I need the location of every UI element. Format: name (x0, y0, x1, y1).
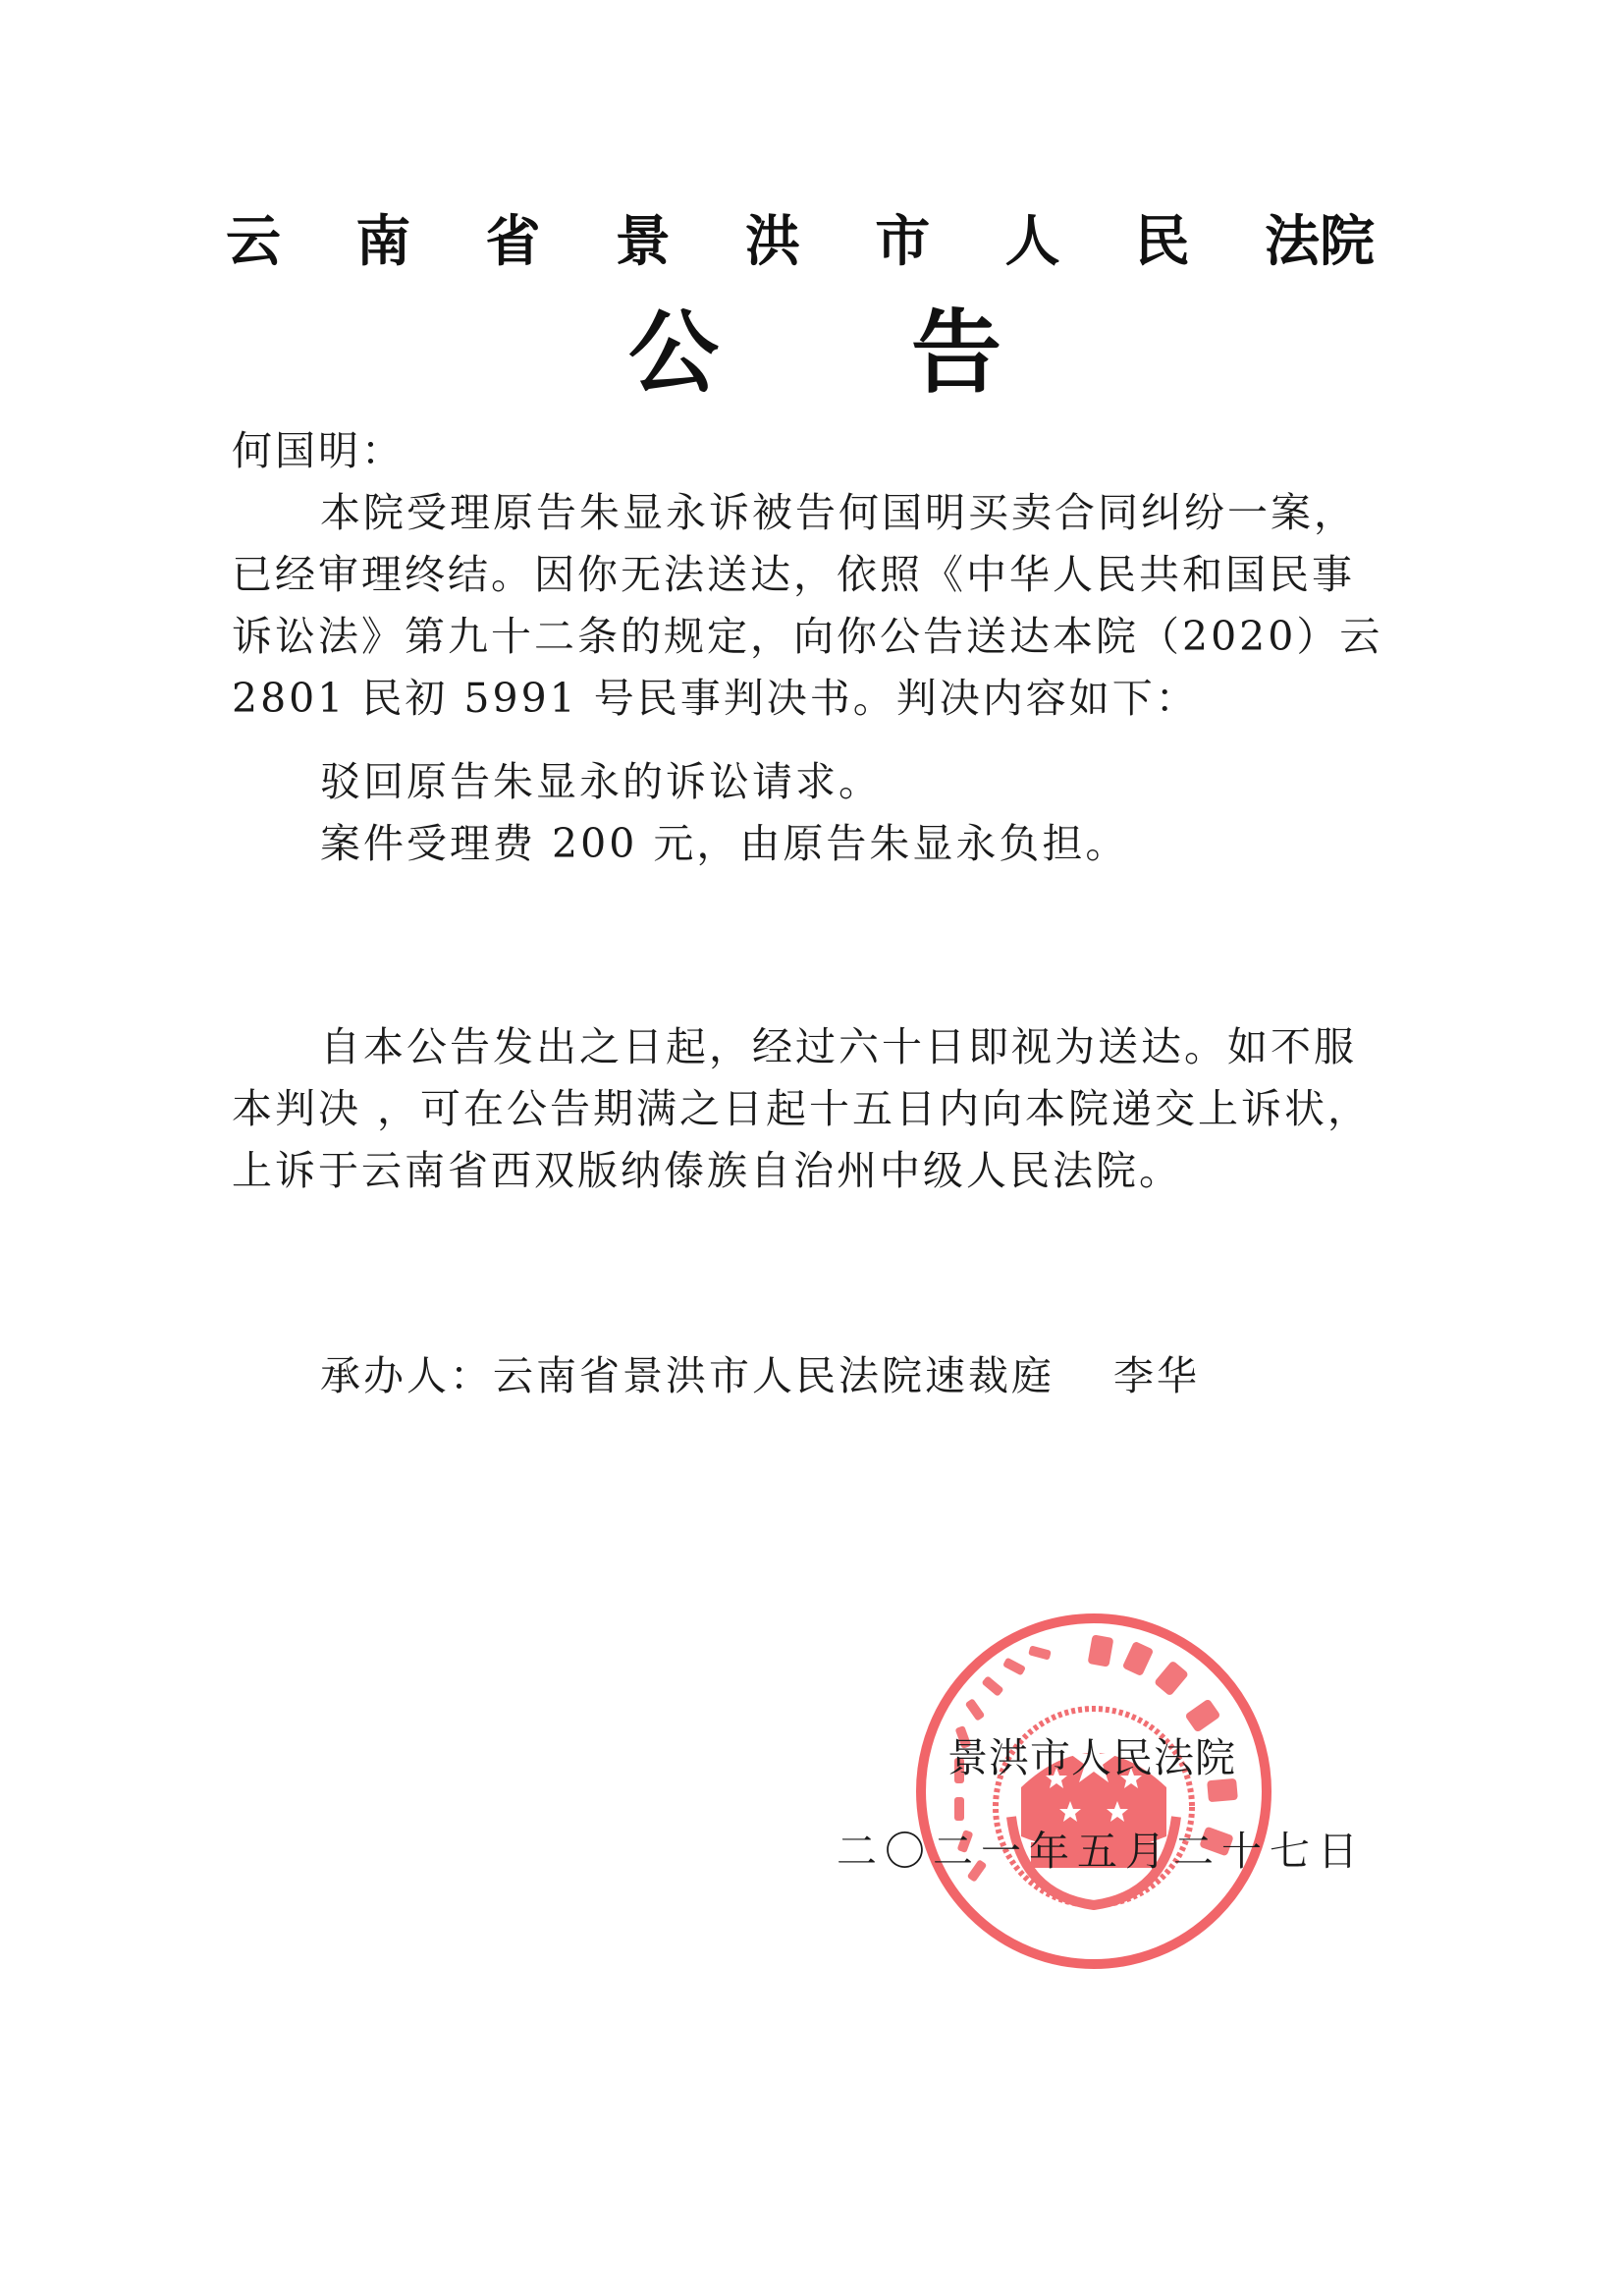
handler-label: 承办人：云南省景洪市人民法院速裁庭 (320, 1352, 1055, 1399)
court-name-char: 洪 (745, 208, 800, 277)
paragraph-line: 本院受理原告朱显永诉被告何国明买卖合同纠纷一案， (232, 482, 1390, 544)
ruling-line: 案件受理费 200 元，由原告朱显永负担。 (232, 813, 1390, 875)
notice-title: 公 告 (628, 304, 1001, 403)
ruling-item-1: 驳回原告朱显永的诉讼请求。 (232, 751, 1390, 813)
court-name-char: 南 (355, 208, 410, 277)
court-name-char: 云 (226, 208, 281, 277)
paragraph-line: 本判决 ，可在公告期满之日起十五日内向本院递交上诉状， (232, 1078, 1390, 1140)
case-handler: 承办人：云南省景洪市人民法院速裁庭李华 (320, 1345, 1479, 1407)
paragraph-line: 上诉于云南省西双版纳傣族自治州中级人民法院。 (232, 1140, 1390, 1202)
court-name-char: 人 (1005, 208, 1060, 277)
court-name-char: 省 (486, 208, 541, 277)
notice-title-char: 告 (911, 304, 1001, 403)
document-page: 云 南 省 景 洪 市 人 民 法院 公 告 何国明： 本院受理原告朱显永诉被告… (0, 0, 1623, 2296)
court-name-char: 景 (616, 208, 671, 277)
court-name-char: 法院 (1265, 208, 1375, 277)
signing-court: 景洪市人民法院 (947, 1728, 1236, 1787)
ruling-line: 驳回原告朱显永的诉讼请求。 (232, 751, 1390, 813)
addressee-line: 何国明： (232, 420, 1390, 482)
paragraph-case-summary: 本院受理原告朱显永诉被告何国明买卖合同纠纷一案， 已经审理终结。因你无法送达，依… (232, 482, 1390, 730)
court-name-char: 市 (875, 208, 930, 277)
notice-title-char: 公 (628, 304, 719, 403)
paragraph-line: 已经审理终结。因你无法送达，依照《中华人民共和国民事 (232, 544, 1390, 606)
paragraph-line: 2801 民初 5991 号民事判决书。判决内容如下： (232, 668, 1390, 730)
paragraph-line: 自本公告发出之日起，经过六十日即视为送达。如不服 (232, 1016, 1390, 1078)
paragraph-appeal-notice: 自本公告发出之日起，经过六十日即视为送达。如不服 本判决 ，可在公告期满之日起十… (232, 1016, 1390, 1202)
ruling-item-2: 案件受理费 200 元，由原告朱显永负担。 (232, 813, 1390, 875)
signing-date: 二〇二一年五月二十七日 (837, 1822, 1366, 1881)
handler-name: 李华 (1113, 1352, 1200, 1399)
paragraph-line: 诉讼法》第九十二条的规定，向你公告送达本院（2020）云 (232, 606, 1390, 668)
addressee: 何国明： (232, 420, 1390, 482)
court-seal-icon (913, 1611, 1274, 1972)
court-name-heading: 云 南 省 景 洪 市 人 民 法院 (226, 208, 1375, 277)
court-name-char: 民 (1135, 208, 1190, 277)
